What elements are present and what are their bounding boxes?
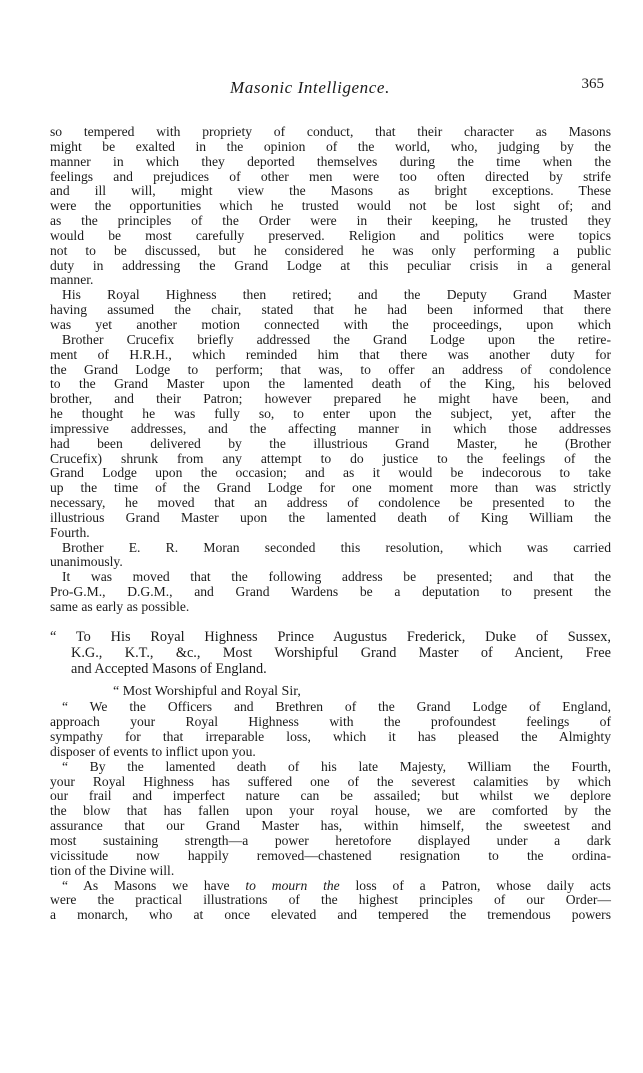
text-line: to the Grand Master upon the lamented de… xyxy=(50,377,611,392)
text-line: the blow that has fallen upon your royal… xyxy=(50,804,611,819)
text-line: was yet another motion connected with th… xyxy=(50,318,611,333)
text-line: disposer of events to inflict upon you. xyxy=(50,745,611,760)
address-heading: “ To His Royal Highness Prince Augustus … xyxy=(50,629,611,678)
text-line: manner in which they deported themselves… xyxy=(50,155,611,170)
salutation: “ Most Worshipful and Royal Sir, xyxy=(50,684,611,700)
text-line: a monarch, who at once elevated and temp… xyxy=(50,908,611,923)
text-line: “ As Masons we have to mourn the loss of… xyxy=(50,879,611,894)
text-line: His Royal Highness then retired; and the… xyxy=(50,288,611,303)
text-line: vicissitude now happily removed—chastene… xyxy=(50,849,611,864)
text-line: would be most carefully preserved. Relig… xyxy=(50,229,611,244)
text-line: having assumed the chair, stated that he… xyxy=(50,303,611,318)
text-line: It was moved that the following address … xyxy=(50,570,611,585)
text-line: most sustaining strength—a power heretof… xyxy=(50,834,611,849)
document-page: Masonic Intelligence. 365 so tempered wi… xyxy=(0,0,643,1073)
paragraph-motion: It was moved that the following address … xyxy=(50,570,611,615)
text-line: up the time of the Grand Lodge for one m… xyxy=(50,481,611,496)
body-text: so tempered with propriety of conduct, t… xyxy=(50,125,611,923)
running-head: Masonic Intelligence. 365 xyxy=(50,78,610,100)
text-line: and ill will, might view the Masons as b… xyxy=(50,184,611,199)
text-run: loss of a Patron, whose daily acts xyxy=(340,878,611,893)
address-paragraph-sympathy: “ We the Officers and Brethren of the Gr… xyxy=(50,700,611,759)
text-line: approach your Royal Highness with the pr… xyxy=(50,715,611,730)
text-line: tion of the Divine will. xyxy=(50,864,611,879)
text-line: Crucefix) shrunk from any attempt to do … xyxy=(50,452,611,467)
text-line: as the principles of the Order were in t… xyxy=(50,214,611,229)
text-line: duty in addressing the Grand Lodge at th… xyxy=(50,259,611,274)
text-line: had been delivered by the illustrious Gr… xyxy=(50,437,611,452)
address-paragraph-lamented-death: “ By the lamented death of his late Maje… xyxy=(50,760,611,879)
text-line: same as early as possible. xyxy=(50,600,611,615)
text-line: brother, and their Patron; however prepa… xyxy=(50,392,611,407)
text-line: necessary, he moved that an address of c… xyxy=(50,496,611,511)
section-spacer xyxy=(50,615,611,629)
text-line: unanimously. xyxy=(50,555,611,570)
text-line: Fourth. xyxy=(50,526,611,541)
text-line: “ We the Officers and Brethren of the Gr… xyxy=(50,700,611,715)
text-line: Pro-G.M., D.G.M., and Grand Wardens be a… xyxy=(50,585,611,600)
text-run: “ As Masons we have xyxy=(62,878,245,893)
text-line: not to be discussed, but he considered h… xyxy=(50,244,611,259)
text-line: Brother Crucefix briefly addressed the G… xyxy=(50,333,611,348)
text-line: Grand Lodge upon the occasion; and as it… xyxy=(50,466,611,481)
paragraph-continuation: so tempered with propriety of conduct, t… xyxy=(50,125,611,288)
text-line: your Royal Highness has suffered one of … xyxy=(50,775,611,790)
text-line: were the practical illustrations of the … xyxy=(50,893,611,908)
section-spacer xyxy=(50,677,611,684)
address-paragraph-as-masons: “ As Masons we have to mourn the loss of… xyxy=(50,879,611,924)
text-line: might be exalted in the opinion of the w… xyxy=(50,140,611,155)
text-line: feelings and prejudices of other men wer… xyxy=(50,170,611,185)
italic-text-run: to mourn the xyxy=(245,878,339,893)
text-line: ment of H.R.H., which reminded him that … xyxy=(50,348,611,363)
text-line: manner. xyxy=(50,273,611,288)
text-line: impressive addresses, and the affecting … xyxy=(50,422,611,437)
text-line: illustrious Grand Master upon the lament… xyxy=(50,511,611,526)
paragraph-hrh-retired: His Royal Highness then retired; and the… xyxy=(50,288,611,333)
text-line: and Accepted Masons of England. xyxy=(50,661,611,677)
text-line: were the opportunities which he trusted … xyxy=(50,199,611,214)
text-line: the Grand Lodge to perform; that was, to… xyxy=(50,363,611,378)
text-line: “ By the lamented death of his late Maje… xyxy=(50,760,611,775)
page-number: 365 xyxy=(582,76,605,93)
text-line: he thought he was fully so, to enter upo… xyxy=(50,407,611,422)
text-line: assurance that our Grand Master has, wit… xyxy=(50,819,611,834)
text-line: “ To His Royal Highness Prince Augustus … xyxy=(50,629,611,645)
text-line: K.G., K.T., &c., Most Worshipful Grand M… xyxy=(50,645,611,661)
paragraph-moran: Brother E. R. Moran seconded this resolu… xyxy=(50,541,611,571)
text-line: so tempered with propriety of conduct, t… xyxy=(50,125,611,140)
text-line: sympathy for that irreparable loss, whic… xyxy=(50,730,611,745)
running-title: Masonic Intelligence. xyxy=(50,78,610,98)
text-line: our frail and imperfect nature can be as… xyxy=(50,789,611,804)
text-line: Brother E. R. Moran seconded this resolu… xyxy=(50,541,611,556)
paragraph-crucefix: Brother Crucefix briefly addressed the G… xyxy=(50,333,611,541)
